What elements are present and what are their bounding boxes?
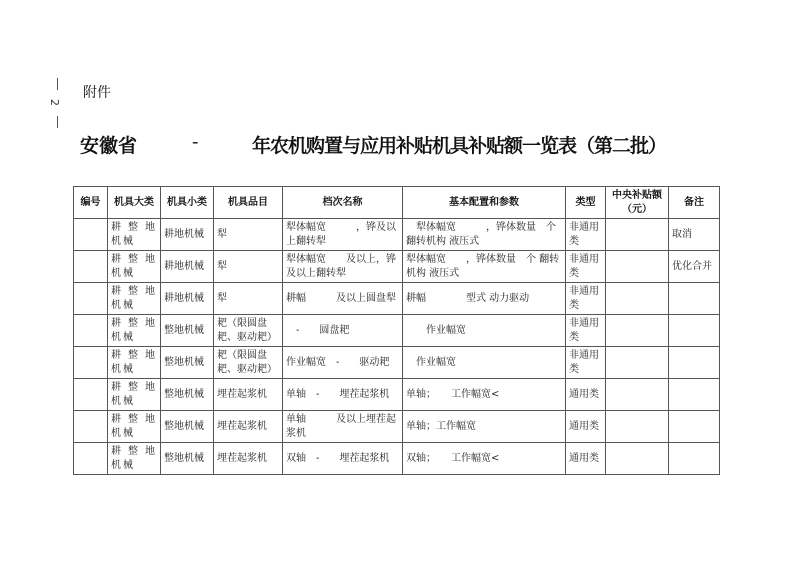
cell-type: 非通用类	[566, 219, 606, 251]
cell-remark	[669, 283, 720, 315]
cell-grade-name: 犁体幅宽 ，铧及以上翻转犁	[283, 219, 403, 251]
cell-type: 通用类	[566, 411, 606, 443]
cell-minor-category: 整地机械	[161, 443, 214, 475]
cell-subsidy	[606, 443, 669, 475]
table-header-row: 编号 机具大类 机具小类 机具品目 档次名称 基本配置和参数 类型 中央补贴额（…	[74, 187, 720, 219]
cell-grade-name: - 圆盘耙	[283, 315, 403, 347]
cell-major-category: 耕整地机械	[108, 315, 161, 347]
cell-major-category: 耕整地机械	[108, 443, 161, 475]
cell-config: 犁体幅宽 ，铧体数量 个 翻转机构 液压式	[403, 219, 566, 251]
cell-type: 通用类	[566, 379, 606, 411]
cell-type: 非通用类	[566, 347, 606, 379]
cell-remark	[669, 315, 720, 347]
cell-id	[74, 251, 108, 283]
cell-minor-category: 整地机械	[161, 379, 214, 411]
cell-id	[74, 443, 108, 475]
table-row: 耕整地机械 整地机械 耙（限圆盘耙、驱动耙） - 圆盘耙 作业幅宽 非通用类	[74, 315, 720, 347]
cell-id	[74, 315, 108, 347]
header-item: 机具品目	[214, 187, 283, 219]
title-province: 安徽省	[80, 131, 137, 158]
cell-subsidy	[606, 347, 669, 379]
cell-minor-category: 整地机械	[161, 315, 214, 347]
cell-grade-name: 犁体幅宽 及以上，铧及以上翻转犁	[283, 251, 403, 283]
page-number-marker: 2	[48, 78, 68, 128]
title-dash: -	[192, 131, 198, 153]
cell-config: 作业幅宽	[403, 347, 566, 379]
cell-remark	[669, 443, 720, 475]
cell-id	[74, 219, 108, 251]
cell-major-category: 耕整地机械	[108, 251, 161, 283]
cell-config: 单轴；工作幅宽	[403, 411, 566, 443]
cell-subsidy	[606, 411, 669, 443]
subsidy-table: 编号 机具大类 机具小类 机具品目 档次名称 基本配置和参数 类型 中央补贴额（…	[73, 186, 720, 475]
table-row: 耕整地机械 整地机械 耙（限圆盘耙、驱动耙） 作业幅宽 - 驱动耙 作业幅宽 非…	[74, 347, 720, 379]
cell-minor-category: 耕地机械	[161, 283, 214, 315]
cell-type: 非通用类	[566, 315, 606, 347]
divider	[57, 78, 58, 90]
cell-minor-category: 耕地机械	[161, 219, 214, 251]
cell-config: 耕幅 型式 动力驱动	[403, 283, 566, 315]
table-row: 耕整地机械 整地机械 埋茬起浆机 单轴 - 埋茬起浆机 单轴； 工作幅宽< 通用…	[74, 379, 720, 411]
header-subsidy: 中央补贴额（元）	[606, 187, 669, 219]
cell-major-category: 耕整地机械	[108, 219, 161, 251]
cell-item: 埋茬起浆机	[214, 411, 283, 443]
title-text: 年农机购置与应用补贴机具补贴额一览表（第二批）	[252, 131, 666, 158]
cell-config: 双轴； 工作幅宽<	[403, 443, 566, 475]
cell-major-category: 耕整地机械	[108, 283, 161, 315]
cell-item: 耙（限圆盘耙、驱动耙）	[214, 315, 283, 347]
cell-minor-category: 整地机械	[161, 347, 214, 379]
cell-item: 犁	[214, 219, 283, 251]
cell-major-category: 耕整地机械	[108, 411, 161, 443]
attachment-label: 附件	[83, 82, 111, 102]
cell-grade-name: 双轴 - 埋茬起浆机	[283, 443, 403, 475]
table-row: 耕整地机械 整地机械 埋茬起浆机 单轴 及以上埋茬起浆机 单轴；工作幅宽 通用类	[74, 411, 720, 443]
cell-subsidy	[606, 251, 669, 283]
cell-item: 犁	[214, 251, 283, 283]
cell-remark: 取消	[669, 219, 720, 251]
divider	[57, 116, 58, 128]
cell-subsidy	[606, 283, 669, 315]
cell-minor-category: 整地机械	[161, 411, 214, 443]
cell-config: 单轴； 工作幅宽<	[403, 379, 566, 411]
cell-grade-name: 作业幅宽 - 驱动耙	[283, 347, 403, 379]
cell-id	[74, 411, 108, 443]
table-row: 耕整地机械 耕地机械 犁 耕幅 及以上圆盘犁 耕幅 型式 动力驱动 非通用类	[74, 283, 720, 315]
cell-id	[74, 347, 108, 379]
table-row: 耕整地机械 整地机械 埋茬起浆机 双轴 - 埋茬起浆机 双轴； 工作幅宽< 通用…	[74, 443, 720, 475]
header-type: 类型	[566, 187, 606, 219]
cell-major-category: 耕整地机械	[108, 347, 161, 379]
header-major-category: 机具大类	[108, 187, 161, 219]
header-id: 编号	[74, 187, 108, 219]
cell-id	[74, 379, 108, 411]
page-number: 2	[48, 99, 61, 106]
cell-subsidy	[606, 379, 669, 411]
cell-config: 犁体幅宽 ，铧体数量 个 翻转机构 液压式	[403, 251, 566, 283]
cell-remark	[669, 379, 720, 411]
cell-item: 埋茬起浆机	[214, 443, 283, 475]
cell-subsidy	[606, 219, 669, 251]
cell-remark: 优化合并	[669, 251, 720, 283]
cell-item: 埋茬起浆机	[214, 379, 283, 411]
cell-item: 耙（限圆盘耙、驱动耙）	[214, 347, 283, 379]
cell-type: 非通用类	[566, 251, 606, 283]
cell-type: 非通用类	[566, 283, 606, 315]
header-minor-category: 机具小类	[161, 187, 214, 219]
cell-minor-category: 耕地机械	[161, 251, 214, 283]
cell-remark	[669, 347, 720, 379]
cell-major-category: 耕整地机械	[108, 379, 161, 411]
header-grade-name: 档次名称	[283, 187, 403, 219]
header-remark: 备注	[669, 187, 720, 219]
cell-remark	[669, 411, 720, 443]
cell-id	[74, 283, 108, 315]
cell-type: 通用类	[566, 443, 606, 475]
cell-grade-name: 耕幅 及以上圆盘犁	[283, 283, 403, 315]
cell-item: 犁	[214, 283, 283, 315]
header-config: 基本配置和参数	[403, 187, 566, 219]
table-row: 耕整地机械 耕地机械 犁 犁体幅宽 及以上，铧及以上翻转犁 犁体幅宽 ，铧体数量…	[74, 251, 720, 283]
cell-subsidy	[606, 315, 669, 347]
cell-config: 作业幅宽	[403, 315, 566, 347]
table-row: 耕整地机械 耕地机械 犁 犁体幅宽 ，铧及以上翻转犁 犁体幅宽 ，铧体数量 个 …	[74, 219, 720, 251]
cell-grade-name: 单轴 及以上埋茬起浆机	[283, 411, 403, 443]
cell-grade-name: 单轴 - 埋茬起浆机	[283, 379, 403, 411]
